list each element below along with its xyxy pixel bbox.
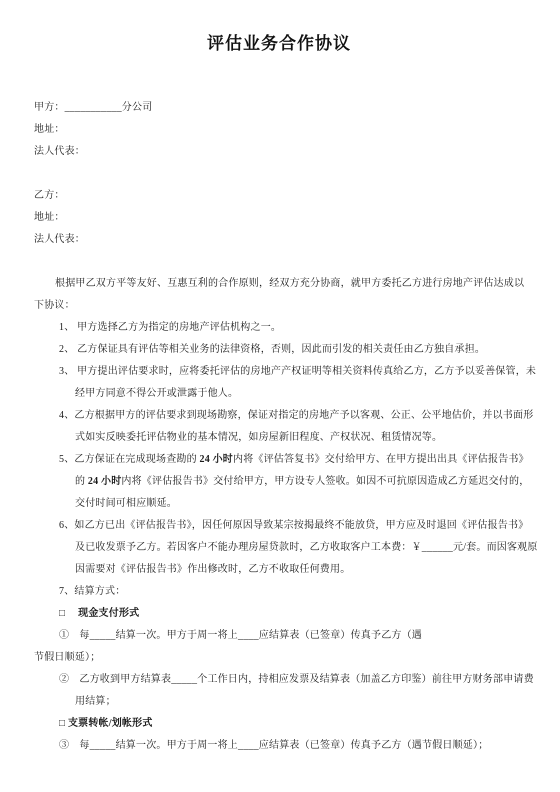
clause-3-line-2: 经甲方同意不得公开或泄露于他人。 — [75, 383, 524, 405]
cash-item-1-line-2: 节假日顺延）； — [34, 647, 524, 669]
emphasis-text: 24 小时 — [200, 454, 234, 465]
text-run: 下协议： — [34, 300, 75, 311]
document-page: 评估业务合作协议 甲方：___________分公司地址：法人代表： 乙方：地址… — [0, 0, 560, 792]
text-run: 因需要对《评估报告书》作出修改时，乙方不收取任何费用。 — [75, 564, 350, 575]
cash-item-2-line-1: ② 乙方收到甲方结算表_____个工作日内，持相应发票及结算表（加盖乙方印鉴）前… — [59, 669, 524, 691]
clause-5-line-2: 的 24 小时内将《评估报告书》交付给甲方，甲方设专人签收。如因不可抗原因造成乙… — [75, 471, 524, 493]
text-run: 3、 甲方提出评估要求时，应将委托评估的房地产产权证明等相关资料传真给乙方，乙方… — [59, 366, 536, 377]
text-run: □ — [59, 608, 78, 619]
text-run: ② 乙方收到甲方结算表_____个工作日内，持相应发票及结算表（加盖乙方印鉴）前… — [59, 674, 534, 685]
text-run: 式如实反映委托评估物业的基本情况，如房屋新旧程度、产权状况、租赁情况等。 — [75, 432, 442, 443]
text-run: 的 — [75, 476, 88, 487]
text-run: 甲方：___________分公司 — [34, 102, 152, 113]
preamble-line-2: 下协议： — [34, 295, 524, 317]
text-run: 及已收发票予乙方。若因客户不能办理房屋贷款时，乙方收取客户工本费：￥______… — [75, 542, 538, 553]
clause-4-line-1: 4、乙方根据甲方的评估要求到现场勘察，保证对指定的房地产予以客观、公正、公平地估… — [59, 405, 524, 427]
clause-4-line-2: 式如实反映委托评估物业的基本情况，如房屋新旧程度、产权状况、租赁情况等。 — [75, 427, 524, 449]
party-a-legal-rep-line: 法人代表： — [34, 141, 524, 163]
clause-5-line-3: 交付时间可相应顺延。 — [75, 493, 524, 515]
text-run: ① 每_____结算一次。甲方于周一将上____应结算表（已签章）传真予乙方（遇 — [59, 630, 422, 641]
party-a-address-line: 地址： — [34, 119, 524, 141]
text-run: 地址： — [34, 124, 65, 135]
document-title: 评估业务合作协议 — [34, 0, 524, 58]
clause-5-line-1: 5、乙方保证在完成现场查勘的 24 小时内将《评估答复书》交付给甲方、在甲方提出… — [59, 449, 524, 471]
clause-7-heading: 7、结算方式： — [59, 581, 524, 603]
cash-item-1-line-1: ① 每_____结算一次。甲方于周一将上____应结算表（已签章）传真予乙方（遇 — [59, 625, 524, 647]
clause-6-line-3: 因需要对《评估报告书》作出修改时，乙方不收取任何费用。 — [75, 559, 524, 581]
text-run: 经甲方同意不得公开或泄露于他人。 — [75, 388, 238, 399]
text-run: 交付时间可相应顺延。 — [75, 498, 177, 509]
text-run: 5、乙方保证在完成现场查勘的 — [59, 454, 200, 465]
text-run: 1、 甲方选择乙方为指定的房地产评估机构之一。 — [59, 322, 281, 333]
text-run: □ — [59, 718, 68, 729]
text-run: 乙方： — [34, 190, 65, 201]
text-run: 4、乙方根据甲方的评估要求到现场勘察，保证对指定的房地产予以客观、公正、公平地估… — [59, 410, 533, 421]
party-a-name-line: 甲方：___________分公司 — [34, 97, 524, 119]
text-run: 法人代表： — [34, 234, 85, 245]
text-run: 6、如乙方已出《评估报告书》，因任何原因导致某宗按揭最终不能放贷，甲方应及时退回… — [59, 520, 528, 531]
party-b-name-line: 乙方： — [34, 185, 524, 207]
text-run: 节假日顺延）； — [34, 652, 100, 663]
clause-6-line-1: 6、如乙方已出《评估报告书》，因任何原因导致某宗按揭最终不能放贷，甲方应及时退回… — [59, 515, 524, 537]
emphasis-text: 现金支付形式 — [78, 608, 139, 619]
emphasis-text: 支票转帐/划帐形式 — [68, 718, 153, 729]
cheque-item-3: ③ 每_____结算一次。甲方于周一将上____应结算表（已签章）传真予乙方（遇… — [59, 735, 524, 757]
clause-6-line-2: 及已收发票予乙方。若因客户不能办理房屋贷款时，乙方收取客户工本费：￥______… — [75, 537, 524, 559]
party-b-address-line: 地址： — [34, 207, 524, 229]
blank-line — [34, 251, 524, 273]
preamble-line-1: 根据甲乙双方平等友好、互惠互利的合作原则，经双方充分协商，就甲方委托乙方进行房地… — [55, 273, 524, 295]
text-run: ③ 每_____结算一次。甲方于周一将上____应结算表（已签章）传真予乙方（遇… — [59, 740, 488, 751]
text-run: 用结算； — [75, 696, 116, 707]
text-run: 根据甲乙双方平等友好、互惠互利的合作原则，经双方充分协商，就甲方委托乙方进行房地… — [55, 278, 524, 289]
party-b-legal-rep-line: 法人代表： — [34, 229, 524, 251]
text-run: 7、结算方式： — [59, 586, 125, 597]
text-run: 内将《评估答复书》交付给甲方、在甲方提出出具《评估报告书》 — [233, 454, 529, 465]
emphasis-text: 24 小时 — [88, 476, 122, 487]
clause-2: 2、 乙方保证具有评估等相关业务的法律资格，否则，因此而引发的相关责任由乙方独自… — [59, 339, 524, 361]
cheque-transfer-option: □ 支票转帐/划帐形式 — [59, 713, 524, 735]
text-run: 内将《评估报告书》交付给甲方，甲方设专人签收。如因不可抗原因造成乙方延迟交付的， — [121, 476, 529, 487]
cash-payment-option: □ 现金支付形式 — [59, 603, 524, 625]
clause-1: 1、 甲方选择乙方为指定的房地产评估机构之一。 — [59, 317, 524, 339]
document-body: 甲方：___________分公司地址：法人代表： 乙方：地址：法人代表： 根据… — [34, 97, 524, 757]
text-run: 地址： — [34, 212, 65, 223]
cash-item-2-line-2: 用结算； — [75, 691, 524, 713]
blank-line — [34, 163, 524, 185]
text-run: 2、 乙方保证具有评估等相关业务的法律资格，否则，因此而引发的相关责任由乙方独自… — [59, 344, 485, 355]
text-run: 法人代表： — [34, 146, 85, 157]
clause-3-line-1: 3、 甲方提出评估要求时，应将委托评估的房地产产权证明等相关资料传真给乙方，乙方… — [59, 361, 524, 383]
